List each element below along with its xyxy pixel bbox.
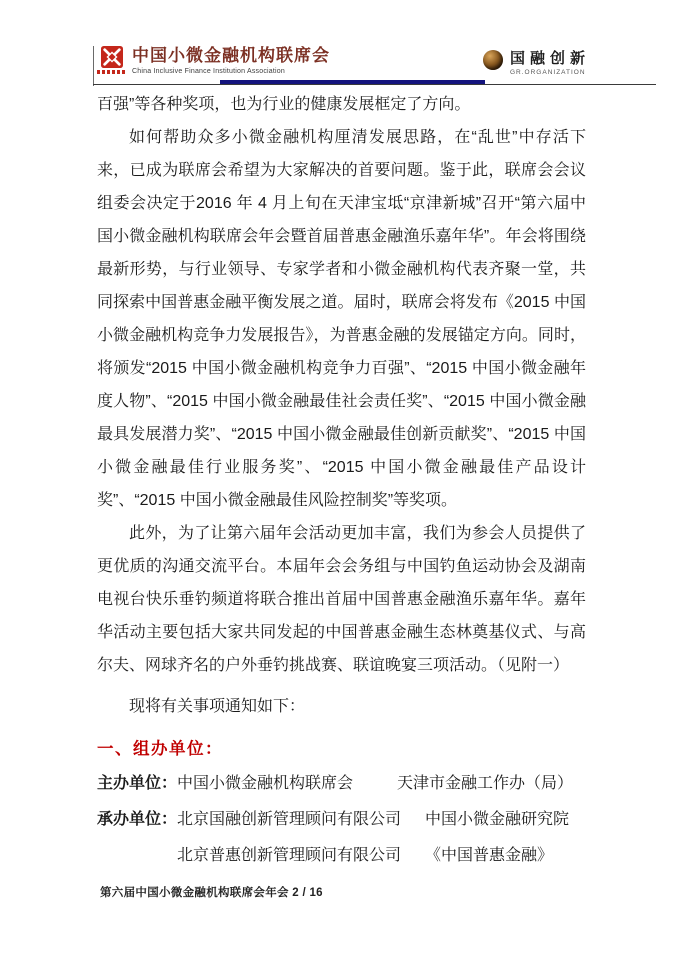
- header-vertical-divider: [93, 46, 94, 86]
- right-logo-title: 国融创新: [510, 50, 590, 68]
- right-logo: 国融创新 GR.ORGANIZATION: [483, 50, 590, 76]
- document-body: 百强”等各种奖项，也为行业的健康发展框定了方向。 如何帮助众多小微金融机构厘清发…: [97, 88, 586, 874]
- organizer-row-undertaker: 承办单位：北京国融创新管理顾问有限公司中国小微金融研究院: [97, 802, 586, 838]
- undertaker-label: 承办单位：: [97, 811, 177, 828]
- organizer-row-host: 主办单位：中国小微金融机构联席会天津市金融工作办（局）: [97, 766, 586, 802]
- undertaker-org-4: 《中国普惠金融》: [425, 847, 553, 864]
- left-logo-title: 中国小微金融机构联席会: [132, 46, 330, 66]
- paragraph-continuation: 百强”等各种奖项，也为行业的健康发展框定了方向。: [97, 88, 586, 121]
- header-rule: [93, 84, 656, 85]
- right-logo-subtitle: GR.ORGANIZATION: [510, 69, 590, 76]
- left-logo-subtitle: China Inclusive Finance Institution Asso…: [132, 68, 330, 75]
- section-heading-organizers: 一、组办单位：: [97, 733, 586, 766]
- host-label: 主办单位：: [97, 775, 177, 792]
- knot-emblem-icon: [101, 46, 123, 68]
- left-logo: 中国小微金融机构联席会 China Inclusive Finance Inst…: [100, 46, 330, 75]
- undertaker-org-1: 北京国融创新管理顾问有限公司: [177, 811, 401, 828]
- undertaker-org-2: 中国小微金融研究院: [425, 811, 569, 828]
- bronze-sphere-icon: [483, 50, 503, 70]
- document-page: 中国小微金融机构联席会 China Inclusive Finance Inst…: [0, 0, 680, 962]
- paragraph-notice: 现将有关事项通知如下：: [97, 690, 586, 723]
- host-org-1: 中国小微金融机构联席会: [177, 775, 353, 792]
- left-logo-caption-decoration: [97, 70, 127, 74]
- organizer-row-undertaker-2: 北京普惠创新管理顾问有限公司《中国普惠金融》: [97, 838, 586, 874]
- host-org-2: 天津市金融工作办（局）: [397, 775, 573, 792]
- footer-text: 第六届中国小微金融机构联席会年会 2 / 16: [100, 887, 323, 899]
- undertaker-org-3: 北京普惠创新管理顾问有限公司: [177, 847, 401, 864]
- paragraph-intro: 如何帮助众多小微金融机构厘清发展思路，在“乱世”中存活下来，已成为联席会希望为大…: [97, 121, 586, 517]
- paragraph-carnival: 此外，为了让第六届年会活动更加丰富，我们为参会人员提供了更优质的沟通交流平台。本…: [97, 517, 586, 682]
- page-footer: 第六届中国小微金融机构联席会年会 2 / 16: [100, 884, 323, 900]
